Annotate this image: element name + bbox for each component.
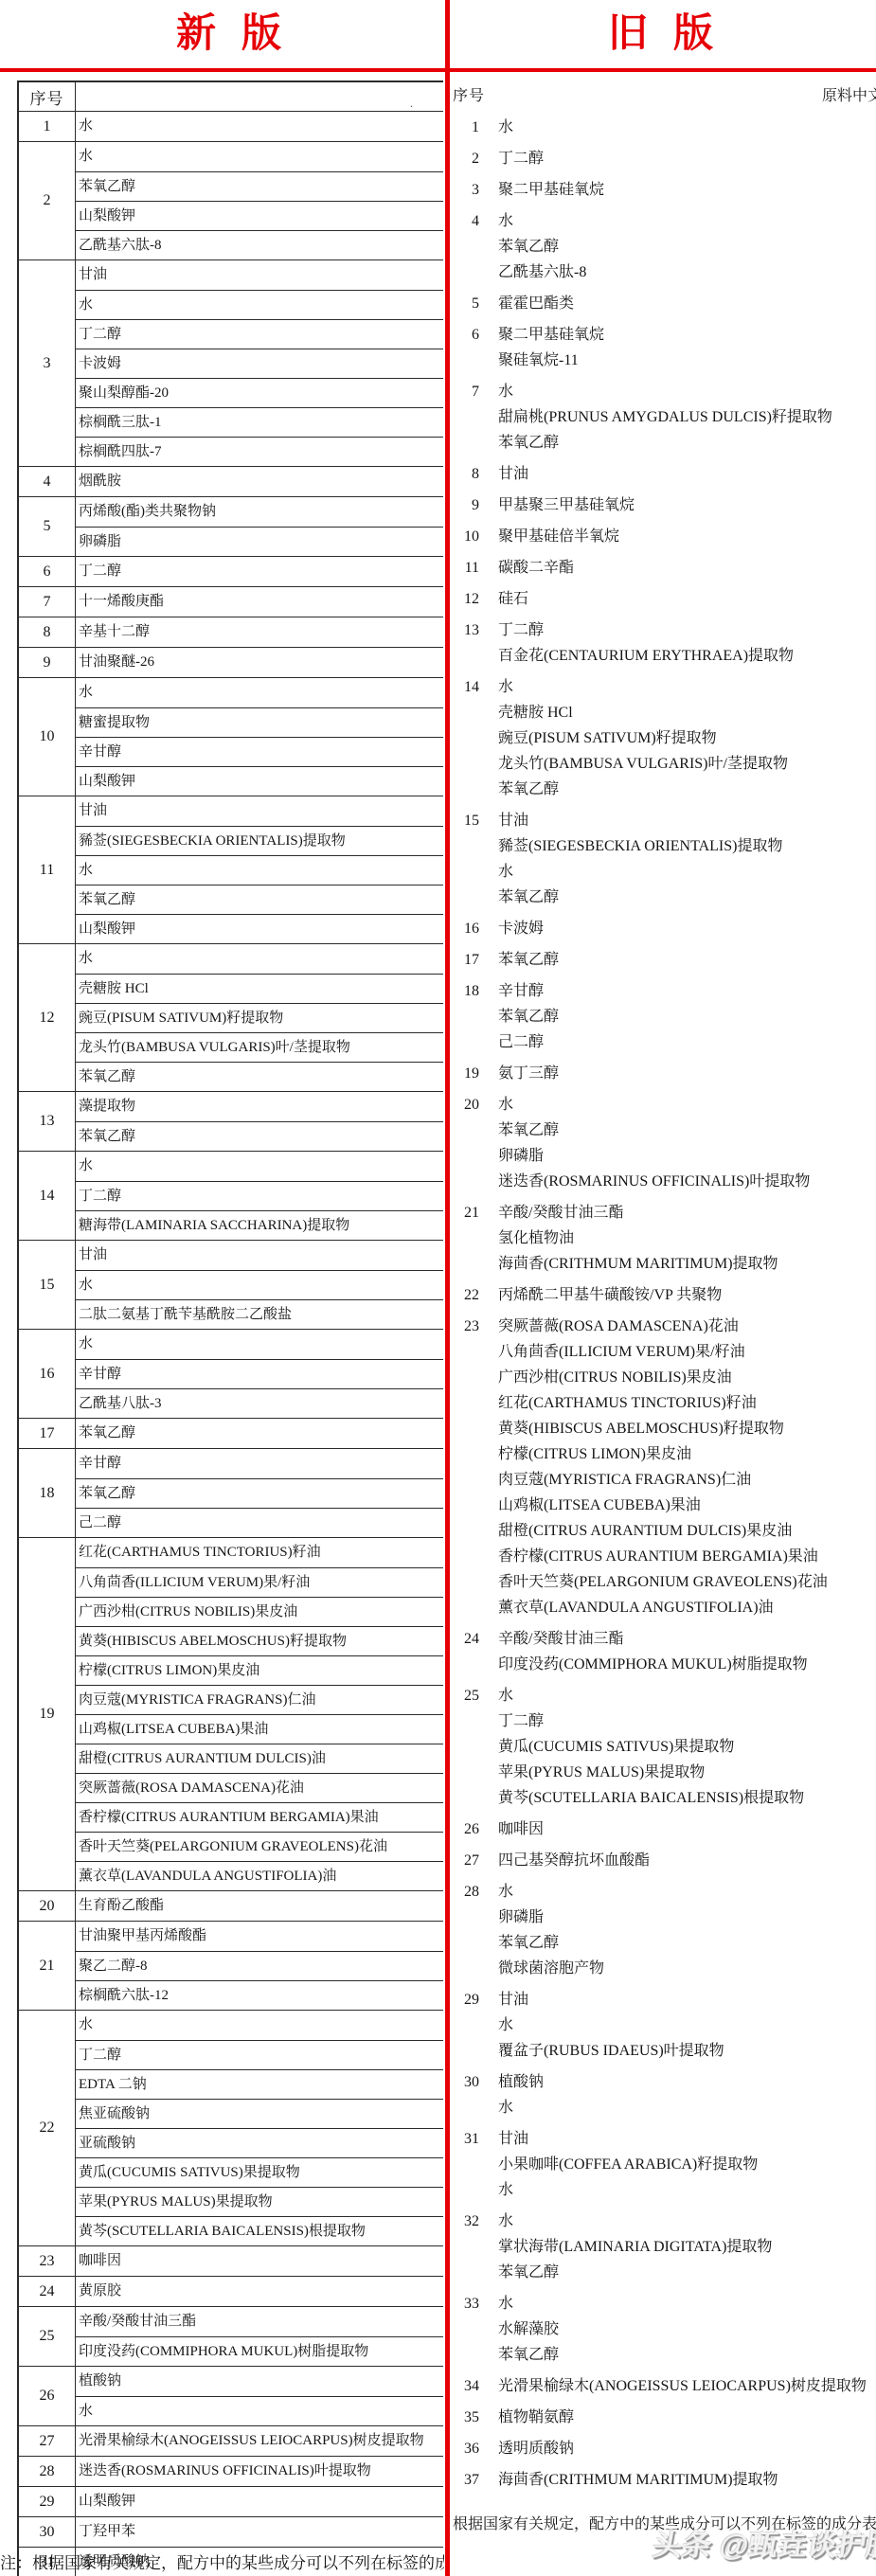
row-number: 16 (19, 1330, 76, 1418)
table-row: 28水卵磷脂苯氧乙醇微球菌溶胞产物 (453, 1879, 876, 1981)
table-row: 10聚甲基硅倍半氧烷 (453, 524, 876, 549)
row-number: 12 (19, 944, 76, 1091)
table-row: 27四己基癸醇抗坏血酸酯 (453, 1848, 876, 1873)
ingredient-list: 水苯氧乙醇乙酰基六肽-8 (479, 208, 876, 285)
table-row: 4水苯氧乙醇乙酰基六肽-8 (453, 208, 876, 285)
ingredient-cell: 海茴香(CRITHMUM MARITIMUM)提取物 (498, 2467, 876, 2493)
row-number: 13 (453, 617, 479, 643)
ingredient-cell: 豨莶(SIEGESBECKIA ORIENTALIS)提取物 (76, 826, 443, 855)
ingredient-cell: 黄葵(HIBISCUS ABELMOSCHUS)籽提取物 (76, 1626, 443, 1655)
table-row: 5霍霍巴酯类 (453, 291, 876, 316)
row-number: 1 (453, 115, 479, 140)
ingredient-cell: 广西沙柑(CITRUS NOBILIS)果皮油 (498, 1365, 876, 1390)
ingredient-cell: 山梨酸钾 (76, 766, 443, 796)
ingredient-cell: 水 (76, 142, 443, 171)
ingredient-cell: 黄瓜(CUCUMIS SATIVUS)果提取物 (498, 1734, 876, 1760)
row-number: 26 (453, 1816, 479, 1842)
ingredient-cell: 黄芩(SCUTELLARIA BAICALENSIS)根提取物 (76, 2216, 443, 2245)
ingredient-cell: 黄原胶 (76, 2277, 443, 2306)
ingredient-list: 光滑果榆绿木(ANOGEISSUS LEIOCARPUS)树皮提取物 (76, 2426, 443, 2456)
ingredient-cell: 植酸钠 (498, 2069, 876, 2095)
row-number: 19 (453, 1061, 479, 1086)
ingredient-cell: 卡波姆 (76, 349, 443, 378)
table-row: 14水壳糖胺 HCl豌豆(PISUM SATIVUM)籽提取物龙头竹(BAMBU… (453, 674, 876, 802)
ingredient-cell: 甘油聚甲基丙烯酸酯 (76, 1922, 443, 1951)
new-version-footnote: 注：根据国家有关规定，配方中的某些成分可以不列在标签的成分表 (0, 2549, 444, 2573)
ingredient-cell: 糖蜜提取物 (76, 707, 443, 737)
ingredient-cell: 焦亚硫酸钠 (76, 2099, 443, 2128)
ingredient-list: 甘油聚甲基丙烯酸酯聚乙二醇-8棕榈酰六肽-12 (76, 1922, 443, 2010)
watermark: 头条 @甄垚谈护肤 (651, 2521, 876, 2564)
table-row: 13藻提取物苯氧乙醇 (19, 1091, 443, 1151)
table-row: 8辛基十二醇 (19, 617, 443, 647)
ingredient-cell: 香叶天竺葵(PELARGONIUM GRAVEOLENS)花油 (76, 1832, 443, 1861)
table-row: 29甘油水覆盆子(RUBUS IDAEUS)叶提取物 (453, 1987, 876, 2064)
ingredient-cell: 苯氧乙醇 (498, 430, 876, 456)
ingredient-cell: 水 (76, 2396, 443, 2425)
ingredient-cell: 黄葵(HIBISCUS ABELMOSCHUS)籽提取物 (498, 1416, 876, 1441)
ingredient-list: 烟酰胺 (76, 467, 443, 496)
ingredient-cell: 硅石 (498, 586, 876, 612)
ingredient-cell: 藻提取物 (76, 1092, 443, 1121)
ingredient-cell: 透明质酸钠 (498, 2436, 876, 2461)
ingredient-cell: 水解藻胶 (498, 2317, 876, 2342)
ingredient-list: 十一烯酸庚酯 (76, 587, 443, 617)
ingredient-cell: 水 (498, 2012, 876, 2038)
row-number: 14 (19, 1152, 76, 1240)
table-row: 2水苯氧乙醇山梨酸钾乙酰基六肽-8 (19, 141, 443, 259)
new-table-header-row: 序号 . (19, 82, 443, 111)
ingredient-cell: 丁二醇 (498, 1708, 876, 1734)
table-row: 9甘油聚醚-26 (19, 647, 443, 677)
row-number: 16 (453, 916, 479, 941)
table-row: 36透明质酸钠 (453, 2436, 876, 2461)
table-row: 4烟酰胺 (19, 466, 443, 496)
table-row: 1水 (19, 111, 443, 141)
ingredient-cell: 生育酚乙酸酯 (76, 1891, 443, 1921)
ingredient-cell: 水 (76, 1152, 443, 1181)
table-row: 9甲基聚三甲基硅氧烷 (453, 492, 876, 518)
ingredient-cell: 烟酰胺 (76, 467, 443, 496)
row-number: 25 (453, 1683, 479, 1708)
table-row: 32水掌状海带(LAMINARIA DIGITATA)提取物苯氧乙醇 (453, 2209, 876, 2285)
row-number: 31 (453, 2126, 479, 2152)
ingredient-cell: 迷迭香(ROSMARINUS OFFICINALIS)叶提取物 (498, 1169, 876, 1194)
ingredient-cell: 苹果(PYRUS MALUS)果提取物 (498, 1760, 876, 1785)
table-row: 7水甜扁桃(PRUNUS AMYGDALUS DULCIS)籽提取物苯氧乙醇 (453, 379, 876, 456)
ingredient-list: 黄原胶 (76, 2277, 443, 2306)
ingredient-cell: 苯氧乙醇 (76, 1419, 443, 1448)
row-number: 17 (19, 1419, 76, 1448)
old-table-body: 1水2丁二醇3聚二甲基硅氧烷4水苯氧乙醇乙酰基六肽-85霍霍巴酯类6聚二甲基硅氧… (453, 115, 876, 2493)
ingredient-list: 辛甘醇苯氧乙醇己二醇 (479, 978, 876, 1055)
ingredient-list: 甘油水覆盆子(RUBUS IDAEUS)叶提取物 (479, 1987, 876, 2064)
table-row: 11甘油豨莶(SIEGESBECKIA ORIENTALIS)提取物水苯氧乙醇山… (19, 796, 443, 943)
ingredient-cell: 薰衣草(LAVANDULA ANGUSTIFOLIA)油 (76, 1861, 443, 1890)
ingredient-cell: 霍霍巴酯类 (498, 291, 876, 316)
row-number: 7 (453, 379, 479, 404)
ingredient-cell: 苯氧乙醇 (498, 1930, 876, 1956)
ingredient-list: 苯氧乙醇 (479, 947, 876, 973)
ingredient-cell: 植酸钠 (76, 2367, 443, 2396)
ingredient-cell: 辛甘醇 (76, 737, 443, 766)
row-number: 29 (453, 1987, 479, 2012)
ingredient-cell: 甜橙(CITRUS AURANTIUM DULCIS)果皮油 (498, 1518, 876, 1544)
table-row: 8甘油 (453, 461, 876, 487)
ingredient-cell: 丙烯酰二甲基牛磺酸铵/VP 共聚物 (498, 1282, 876, 1308)
row-number: 30 (453, 2069, 479, 2095)
row-number: 21 (19, 1922, 76, 2010)
ingredient-cell: 山梨酸钾 (76, 914, 443, 943)
old-version-table: 序号 原料中文 1水2丁二醇3聚二甲基硅氧烷4水苯氧乙醇乙酰基六肽-85霍霍巴酯… (453, 83, 876, 2508)
table-row: 25辛酸/癸酸甘油三酯印度没药(COMMIPHORA MUKUL)树脂提取物 (19, 2306, 443, 2366)
ingredient-list: 辛甘醇苯氧乙醇己二醇 (76, 1449, 443, 1537)
ingredient-list: 突厥蔷薇(ROSA DAMASCENA)花油八角茴香(ILLICIUM VERU… (479, 1314, 876, 1620)
ingredient-cell: 水 (76, 112, 443, 141)
table-row: 17苯氧乙醇 (19, 1418, 443, 1448)
table-row: 21甘油聚甲基丙烯酸酯聚乙二醇-8棕榈酰六肽-12 (19, 1921, 443, 2010)
ingredient-list: 甘油小果咖啡(COFFEA ARABICA)籽提取物水 (479, 2126, 876, 2203)
ingredient-cell: 香柠檬(CITRUS AURANTIUM BERGAMIA)果油 (498, 1544, 876, 1569)
ingredient-cell: 山梨酸钾 (76, 2487, 443, 2516)
ingredient-list: 水壳糖胺 HCl豌豆(PISUM SATIVUM)籽提取物龙头竹(BAMBUSA… (76, 944, 443, 1091)
ingredient-list: 丁羟甲苯 (76, 2517, 443, 2547)
ingredient-cell: 水 (76, 855, 443, 885)
row-number: 20 (19, 1891, 76, 1921)
table-row: 23突厥蔷薇(ROSA DAMASCENA)花油八角茴香(ILLICIUM VE… (453, 1314, 876, 1620)
ingredient-cell: 水 (498, 208, 876, 234)
ingredient-cell: 苯氧乙醇 (76, 1121, 443, 1151)
row-number: 7 (19, 587, 76, 617)
row-number: 24 (453, 1626, 479, 1652)
ingredient-cell: 丁二醇 (76, 1181, 443, 1210)
row-number: 23 (19, 2246, 76, 2276)
ingredient-cell: 氢化植物油 (498, 1225, 876, 1251)
ingredient-cell: 覆盆子(RUBUS IDAEUS)叶提取物 (498, 2038, 876, 2064)
row-number: 18 (19, 1449, 76, 1537)
ingredient-cell: 棕榈酰四肽-7 (76, 437, 443, 466)
row-number: 17 (453, 947, 479, 973)
table-row: 24黄原胶 (19, 2276, 443, 2306)
ingredient-cell: 水 (498, 1879, 876, 1905)
ingredient-cell: 水 (498, 1683, 876, 1708)
table-row: 14水丁二醇糖海带(LAMINARIA SACCHARINA)提取物 (19, 1151, 443, 1240)
ingredient-cell: 八角茴香(ILLICIUM VERUM)果/籽油 (76, 1567, 443, 1597)
ingredient-cell: 己二醇 (498, 1029, 876, 1055)
ingredient-cell: 八角茴香(ILLICIUM VERUM)果/籽油 (498, 1339, 876, 1365)
table-row: 18辛甘醇苯氧乙醇己二醇 (453, 978, 876, 1055)
row-number: 6 (19, 557, 76, 586)
ingredient-list: 碳酸二辛酯 (479, 555, 876, 581)
new-table-body: 1水2水苯氧乙醇山梨酸钾乙酰基六肽-83甘油水丁二醇卡波姆聚山梨醇酯-20棕榈酰… (19, 111, 443, 2576)
old-version-title: 旧 版 (447, 6, 876, 63)
row-number: 9 (453, 492, 479, 518)
ingredient-list: 生育酚乙酸酯 (76, 1891, 443, 1921)
ingredient-list: 咖啡因 (76, 2246, 443, 2276)
ingredient-list: 丙烯酰二甲基牛磺酸铵/VP 共聚物 (479, 1282, 876, 1308)
row-number: 22 (453, 1282, 479, 1308)
ingredient-cell: 水 (76, 678, 443, 707)
table-row: 22水丁二醇EDTA 二钠焦亚硫酸钠亚硫酸钠黄瓜(CUCUMIS SATIVUS… (19, 2010, 443, 2245)
ingredient-cell: 辛酸/癸酸甘油三酯 (76, 2307, 443, 2336)
table-row: 34光滑果榆绿木(ANOGEISSUS LEIOCARPUS)树皮提取物 (453, 2373, 876, 2399)
ingredient-cell: 水 (498, 674, 876, 700)
ingredient-cell: 水 (498, 2095, 876, 2120)
ingredient-cell: 光滑果榆绿木(ANOGEISSUS LEIOCARPUS)树皮提取物 (76, 2426, 443, 2456)
table-row: 37海茴香(CRITHMUM MARITIMUM)提取物 (453, 2467, 876, 2493)
row-number: 11 (453, 555, 479, 581)
ingredient-list: 水掌状海带(LAMINARIA DIGITATA)提取物苯氧乙醇 (479, 2209, 876, 2285)
table-row: 6聚二甲基硅氧烷聚硅氧烷-11 (453, 322, 876, 373)
new-version-table: 序号 . 1水2水苯氧乙醇山梨酸钾乙酰基六肽-83甘油水丁二醇卡波姆聚山梨醇酯-… (17, 80, 443, 2576)
ingredient-list: 辛酸/癸酸甘油三酯氢化植物油海茴香(CRITHMUM MARITIMUM)提取物 (479, 1200, 876, 1277)
row-number: 9 (19, 648, 76, 677)
ingredient-list: 水辛甘醇乙酰基八肽-3 (76, 1330, 443, 1418)
ingredient-cell: 四己基癸醇抗坏血酸酯 (498, 1848, 876, 1873)
ingredient-list: 红花(CARTHAMUS TINCTORIUS)籽油八角茴香(ILLICIUM … (76, 1538, 443, 1890)
ingredient-cell: 聚乙二醇-8 (76, 1951, 443, 1980)
ingredient-cell: 水 (498, 2177, 876, 2203)
row-number: 1 (19, 112, 76, 141)
ingredient-cell: 甘油 (76, 260, 443, 290)
ingredient-list: 霍霍巴酯类 (479, 291, 876, 316)
ingredient-cell: 卵磷脂 (498, 1905, 876, 1930)
ingredient-cell: 聚二甲基硅氧烷 (498, 322, 876, 348)
ingredient-cell: 卵磷脂 (498, 1143, 876, 1169)
new-version-title: 新 版 (17, 6, 442, 63)
ingredient-cell: 苯氧乙醇 (498, 885, 876, 910)
ingredient-list: 迷迭香(ROSMARINUS OFFICINALIS)叶提取物 (76, 2457, 443, 2486)
row-number: 23 (453, 1314, 479, 1339)
ingredient-cell: 咖啡因 (498, 1816, 876, 1842)
ingredient-cell: 苯氧乙醇 (76, 171, 443, 201)
ingredient-list: 甘油聚醚-26 (76, 648, 443, 677)
row-number: 30 (19, 2517, 76, 2547)
ingredient-list: 甲基聚三甲基硅氧烷 (479, 492, 876, 518)
row-number: 24 (19, 2277, 76, 2306)
row-number: 36 (453, 2436, 479, 2461)
ingredient-list: 咖啡因 (479, 1816, 876, 1842)
ingredient-list: 水卵磷脂苯氧乙醇微球菌溶胞产物 (479, 1879, 876, 1981)
ingredient-cell: 壳糖胺 HCl (76, 974, 443, 1003)
ingredient-cell: 龙头竹(BAMBUSA VULGARIS)叶/茎提取物 (498, 751, 876, 777)
old-table-header-no: 序号 (453, 88, 485, 104)
table-row: 21辛酸/癸酸甘油三酯氢化植物油海茴香(CRITHMUM MARITIMUM)提… (453, 1200, 876, 1277)
ingredient-list: 水丁二醇糖海带(LAMINARIA SACCHARINA)提取物 (76, 1152, 443, 1240)
row-number: 32 (453, 2209, 479, 2234)
row-number: 18 (453, 978, 479, 1004)
ingredient-list: 苯氧乙醇 (76, 1419, 443, 1448)
row-number: 2 (19, 142, 76, 259)
table-row: 11碳酸二辛酯 (453, 555, 876, 581)
row-number: 21 (453, 1200, 479, 1225)
row-number: 37 (453, 2467, 479, 2493)
ingredient-cell: 卡波姆 (498, 916, 876, 941)
ingredient-cell: 豌豆(PISUM SATIVUM)籽提取物 (498, 725, 876, 751)
ingredient-cell: 黄瓜(CUCUMIS SATIVUS)果提取物 (76, 2157, 443, 2187)
ingredient-cell: 糖海带(LAMINARIA SACCHARINA)提取物 (76, 1210, 443, 1240)
table-row: 20生育酚乙酸酯 (19, 1890, 443, 1921)
ingredient-cell: 突厥蔷薇(ROSA DAMASCENA)花油 (498, 1314, 876, 1339)
ingredient-cell: 香柠檬(CITRUS AURANTIUM BERGAMIA)果油 (76, 1802, 443, 1832)
ingredient-cell: 甲基聚三甲基硅氧烷 (498, 492, 876, 518)
table-row: 6丁二醇 (19, 556, 443, 586)
row-number: 22 (19, 2011, 76, 2245)
ingredient-list: 山梨酸钾 (76, 2487, 443, 2516)
ingredient-cell: 甜扁桃(PRUNUS AMYGDALUS DULCIS)籽提取物 (498, 404, 876, 430)
table-row: 19红花(CARTHAMUS TINCTORIUS)籽油八角茴香(ILLICIU… (19, 1537, 443, 1890)
ingredient-cell: 豨莶(SIEGESBECKIA ORIENTALIS)提取物 (498, 833, 876, 859)
table-row: 23咖啡因 (19, 2245, 443, 2276)
table-row: 3聚二甲基硅氧烷 (453, 177, 876, 203)
row-number: 15 (453, 808, 479, 833)
row-number: 19 (19, 1538, 76, 1890)
ingredient-list: 甘油豨莶(SIEGESBECKIA ORIENTALIS)提取物水苯氧乙醇 (479, 808, 876, 910)
ingredient-cell: 苯氧乙醇 (498, 2342, 876, 2368)
table-row: 35植物鞘氨醇 (453, 2405, 876, 2430)
ingredient-list: 海茴香(CRITHMUM MARITIMUM)提取物 (479, 2467, 876, 2493)
ingredient-cell: 水 (498, 379, 876, 404)
ingredient-cell: 辛酸/癸酸甘油三酯 (498, 1626, 876, 1652)
row-number: 27 (453, 1848, 479, 1873)
new-table-header-name: . (76, 82, 443, 111)
table-row: 27光滑果榆绿木(ANOGEISSUS LEIOCARPUS)树皮提取物 (19, 2425, 443, 2456)
ingredient-cell: 印度没药(COMMIPHORA MUKUL)树脂提取物 (498, 1652, 876, 1677)
ingredient-cell: 丁二醇 (76, 557, 443, 586)
ingredient-cell: 水 (498, 2209, 876, 2234)
row-number: 10 (19, 678, 76, 796)
row-number: 3 (453, 177, 479, 203)
table-row: 1水 (453, 115, 876, 140)
ingredient-cell: 小果咖啡(COFFEA ARABICA)籽提取物 (498, 2152, 876, 2177)
table-row: 19氨丁三醇 (453, 1061, 876, 1086)
ingredient-cell: 苯氧乙醇 (498, 947, 876, 973)
ingredient-cell: 水 (498, 1092, 876, 1118)
ingredient-cell: 乙酰基六肽-8 (76, 230, 443, 259)
red-horizontal-divider (0, 68, 876, 72)
ingredient-list: 辛基十二醇 (76, 617, 443, 647)
row-number: 33 (453, 2291, 479, 2317)
ingredient-cell: 苹果(PYRUS MALUS)果提取物 (76, 2187, 443, 2216)
table-row: 33水水解藻胶苯氧乙醇 (453, 2291, 876, 2368)
ingredient-list: 氨丁三醇 (479, 1061, 876, 1086)
ingredient-cell: 辛酸/癸酸甘油三酯 (498, 1200, 876, 1225)
row-number: 4 (19, 467, 76, 496)
ingredient-cell: 海茴香(CRITHMUM MARITIMUM)提取物 (498, 1251, 876, 1277)
ingredient-list: 藻提取物苯氧乙醇 (76, 1092, 443, 1151)
ingredient-list: 水水解藻胶苯氧乙醇 (479, 2291, 876, 2368)
table-row: 16水辛甘醇乙酰基八肽-3 (19, 1329, 443, 1418)
ingredient-cell: 亚硫酸钠 (76, 2128, 443, 2157)
ingredient-list: 水丁二醇黄瓜(CUCUMIS SATIVUS)果提取物苹果(PYRUS MALU… (479, 1683, 876, 1811)
ingredient-cell: 植物鞘氨醇 (498, 2405, 876, 2430)
ingredient-list: 透明质酸钠 (479, 2436, 876, 2461)
ingredient-list: 水甜扁桃(PRUNUS AMYGDALUS DULCIS)籽提取物苯氧乙醇 (479, 379, 876, 456)
ingredient-cell: 水 (76, 1330, 443, 1359)
ingredient-cell: 柠檬(CITRUS LIMON)果皮油 (498, 1441, 876, 1467)
ingredient-list: 卡波姆 (479, 916, 876, 941)
ingredient-cell: 甘油 (498, 2126, 876, 2152)
ingredient-cell: 聚硅氧烷-11 (498, 348, 876, 373)
table-row: 29山梨酸钾 (19, 2486, 443, 2516)
ingredient-cell: 丁二醇 (76, 2040, 443, 2069)
ingredient-cell: 水 (498, 859, 876, 885)
ingredient-list: 植物鞘氨醇 (479, 2405, 876, 2430)
table-row: 18辛甘醇苯氧乙醇己二醇 (19, 1448, 443, 1537)
table-row: 26植酸钠水 (19, 2366, 443, 2425)
ingredient-list: 聚二甲基硅氧烷 (479, 177, 876, 203)
red-vertical-divider (445, 0, 450, 2576)
ingredient-cell: 苯氧乙醇 (498, 234, 876, 259)
ingredient-cell: 甘油 (76, 1241, 443, 1270)
ingredient-cell: 红花(CARTHAMUS TINCTORIUS)籽油 (498, 1390, 876, 1416)
row-number: 28 (19, 2457, 76, 2486)
ingredient-cell: 百金花(CENTAURIUM ERYTHRAEA)提取物 (498, 643, 876, 669)
ingredient-cell: 甘油 (498, 1987, 876, 2012)
ingredient-cell: 丁二醇 (498, 617, 876, 643)
ingredient-list: 硅石 (479, 586, 876, 612)
ingredient-cell: 乙酰基六肽-8 (498, 259, 876, 285)
table-row: 15甘油水二肽二氨基丁酰苄基酰胺二乙酸盐 (19, 1240, 443, 1329)
ingredient-cell: 碳酸二辛酯 (498, 555, 876, 581)
ingredient-cell: 甘油 (76, 796, 443, 826)
ingredient-cell: 卵磷脂 (76, 527, 443, 556)
ingredient-cell: 山鸡椒(LITSEA CUBEBA)果油 (76, 1714, 443, 1744)
ingredient-cell: 棕榈酰六肽-12 (76, 1980, 443, 2010)
row-number: 13 (19, 1092, 76, 1151)
ingredient-cell: 辛甘醇 (76, 1359, 443, 1388)
ingredient-cell: 辛甘醇 (498, 978, 876, 1004)
row-number: 25 (19, 2307, 76, 2366)
ingredient-cell: 红花(CARTHAMUS TINCTORIUS)籽油 (76, 1538, 443, 1567)
ingredient-cell: 薰衣草(LAVANDULA ANGUSTIFOLIA)油 (498, 1595, 876, 1620)
ingredient-cell: 棕榈酰三肽-1 (76, 407, 443, 437)
ingredient-cell: 广西沙柑(CITRUS NOBILIS)果皮油 (76, 1597, 443, 1626)
new-table-header-no: 序号 (19, 82, 76, 111)
ingredient-cell: 豌豆(PISUM SATIVUM)籽提取物 (76, 1003, 443, 1032)
ingredient-list: 植酸钠水 (479, 2069, 876, 2120)
row-number: 35 (453, 2405, 479, 2430)
table-row: 10水糖蜜提取物辛甘醇山梨酸钾 (19, 677, 443, 796)
table-row: 20水苯氧乙醇卵磷脂迷迭香(ROSMARINUS OFFICINALIS)叶提取… (453, 1092, 876, 1194)
table-row: 15甘油豨莶(SIEGESBECKIA ORIENTALIS)提取物水苯氧乙醇 (453, 808, 876, 910)
ingredient-cell: 辛基十二醇 (76, 617, 443, 647)
row-number: 27 (19, 2426, 76, 2456)
ingredient-list: 聚二甲基硅氧烷聚硅氧烷-11 (479, 322, 876, 373)
table-row: 25水丁二醇黄瓜(CUCUMIS SATIVUS)果提取物苹果(PYRUS MA… (453, 1683, 876, 1811)
table-row: 28迷迭香(ROSMARINUS OFFICINALIS)叶提取物 (19, 2456, 443, 2486)
ingredient-list: 辛酸/癸酸甘油三酯印度没药(COMMIPHORA MUKUL)树脂提取物 (479, 1626, 876, 1677)
ingredient-list: 甘油 (479, 461, 876, 487)
old-table-header-row: 序号 原料中文 (453, 83, 876, 109)
ingredient-cell: 突厥蔷薇(ROSA DAMASCENA)花油 (76, 1773, 443, 1802)
ingredient-list: 水丁二醇EDTA 二钠焦亚硫酸钠亚硫酸钠黄瓜(CUCUMIS SATIVUS)果… (76, 2011, 443, 2245)
table-row: 7十一烯酸庚酯 (19, 586, 443, 617)
table-row: 2丁二醇 (453, 146, 876, 171)
ingredient-cell: 甘油 (498, 808, 876, 833)
ingredient-cell: 水 (498, 115, 876, 140)
table-row: 12硅石 (453, 586, 876, 612)
ingredient-list: 丙烯酸(酯)类共聚物钠卵磷脂 (76, 497, 443, 556)
ingredient-list: 光滑果榆绿木(ANOGEISSUS LEIOCARPUS)树皮提取物 (479, 2373, 876, 2399)
ingredient-cell: 水 (76, 1270, 443, 1299)
row-number: 11 (19, 796, 76, 943)
ingredient-cell: 肉豆蔻(MYRISTICA FRAGRANS)仁油 (76, 1685, 443, 1714)
ingredient-cell: 龙头竹(BAMBUSA VULGARIS)叶/茎提取物 (76, 1032, 443, 1062)
ingredient-cell: 山梨酸钾 (76, 201, 443, 230)
ingredient-cell: 甜橙(CITRUS AURANTIUM DULCIS)油 (76, 1744, 443, 1773)
table-row: 22丙烯酰二甲基牛磺酸铵/VP 共聚物 (453, 1282, 876, 1308)
